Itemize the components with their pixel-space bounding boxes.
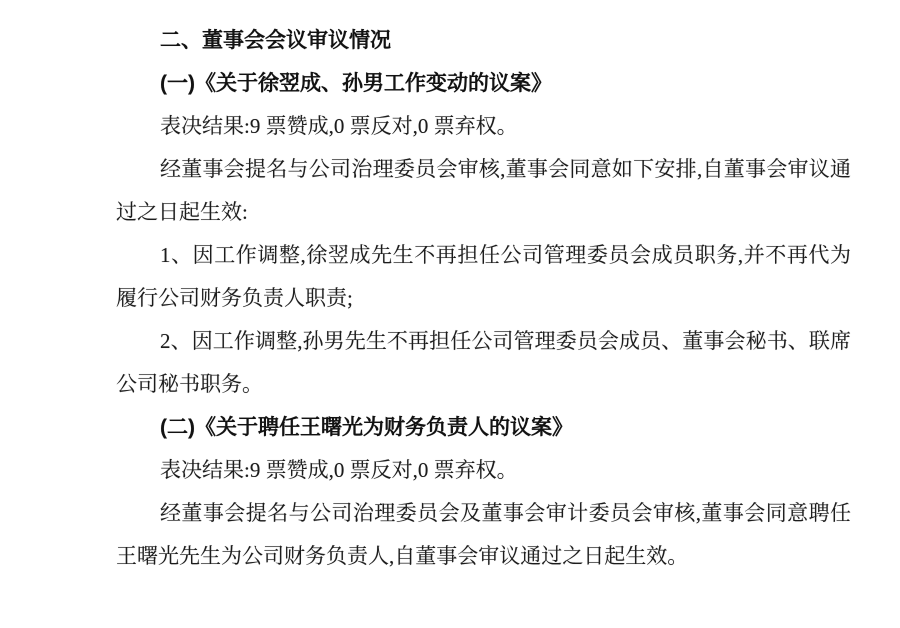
proposal-2: (二)《关于聘任王曙光为财务负责人的议案》 表决结果:9 票赞成,0 票反对,0… (116, 406, 851, 578)
proposal-1-vote-result: 表决结果:9 票赞成,0 票反对,0 票弃权。 (116, 105, 851, 148)
proposal-1-title: (一)《关于徐翌成、孙男工作变动的议案》 (116, 62, 851, 105)
proposal-1: (一)《关于徐翌成、孙男工作变动的议案》 表决结果:9 票赞成,0 票反对,0 … (116, 62, 851, 406)
proposal-2-vote-result: 表决结果:9 票赞成,0 票反对,0 票弃权。 (116, 449, 851, 492)
document-body: 二、董事会会议审议情况 (一)《关于徐翌成、孙男工作变动的议案》 表决结果:9 … (0, 0, 900, 578)
proposal-1-paragraph-3: 2、因工作调整,孙男先生不再担任公司管理委员会成员、董事会秘书、联席公司秘书职务… (116, 320, 851, 406)
document-page: 二、董事会会议审议情况 (一)《关于徐翌成、孙男工作变动的议案》 表决结果:9 … (0, 0, 900, 628)
proposal-1-paragraph-1: 经董事会提名与公司治理委员会审核,董事会同意如下安排,自董事会审议通过之日起生效… (116, 148, 851, 234)
proposal-1-paragraph-2: 1、因工作调整,徐翌成先生不再担任公司管理委员会成员职务,并不再代为履行公司财务… (116, 234, 851, 320)
section-heading: 二、董事会会议审议情况 (116, 19, 851, 62)
proposal-2-paragraph-1: 经董事会提名与公司治理委员会及董事会审计委员会审核,董事会同意聘任王曙光先生为公… (116, 492, 851, 578)
proposal-2-title: (二)《关于聘任王曙光为财务负责人的议案》 (116, 406, 851, 449)
